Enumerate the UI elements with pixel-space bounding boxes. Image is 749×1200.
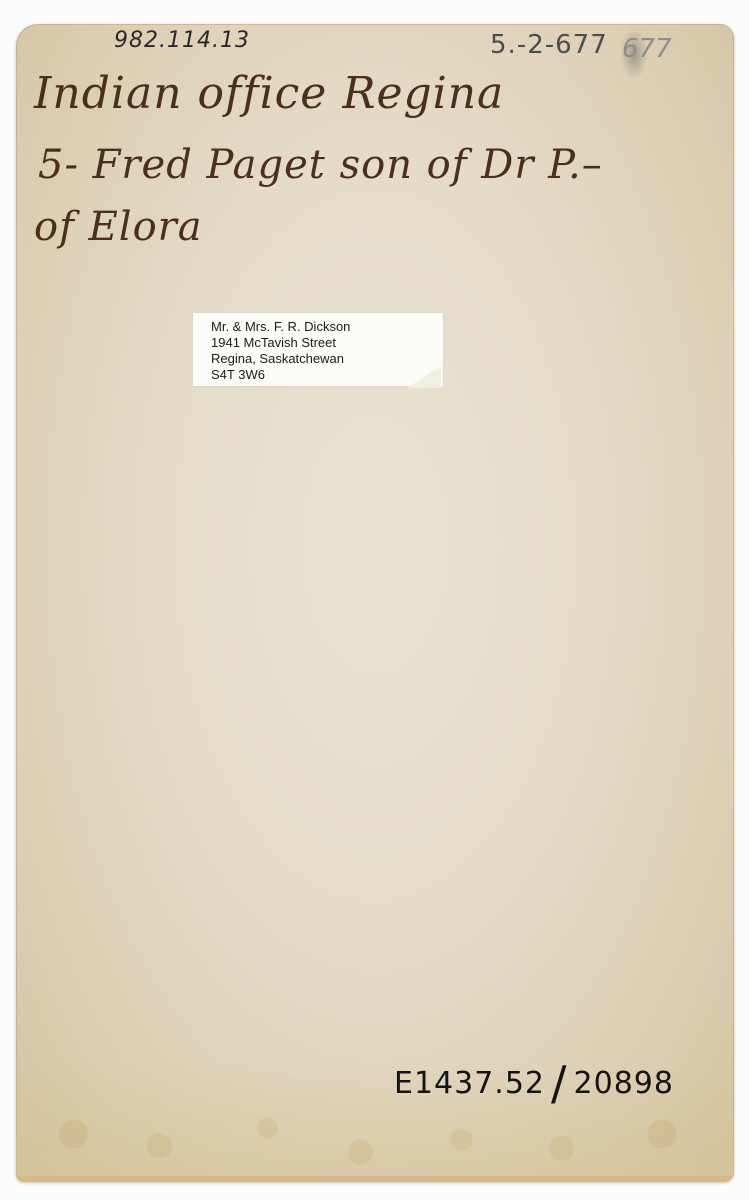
handwritten-line-1: Indian office Regina [34,68,504,119]
handwritten-line-3: of Elora [34,204,203,250]
address-line-name: Mr. & Mrs. F. R. Dickson [211,319,350,335]
photo-card-back: 982.114.13 5.-2-677 677 Indian office Re… [16,24,734,1182]
handwritten-line-2: 5- Fred Paget son of Dr P.– [38,142,603,188]
address-line-city: Regina, Saskatchewan [211,351,344,367]
address-label: Mr. & Mrs. F. R. Dickson 1941 McTavish S… [193,313,443,386]
catalog-number-left: E1437.52 [394,1066,545,1101]
catalog-separator: / [551,1056,568,1110]
pencil-date-faint: 677 [622,34,672,64]
label-peeling-corner [407,366,441,388]
pencil-date: 5.-2-677 [490,30,608,60]
address-line-postal: S4T 3W6 [211,367,265,383]
address-line-street: 1941 McTavish Street [211,335,336,351]
catalog-number-right: 20898 [574,1066,674,1101]
card-edge [16,1176,734,1182]
accession-number: 982.114.13 [114,28,250,53]
catalog-number: E1437.52/20898 [394,1050,674,1104]
